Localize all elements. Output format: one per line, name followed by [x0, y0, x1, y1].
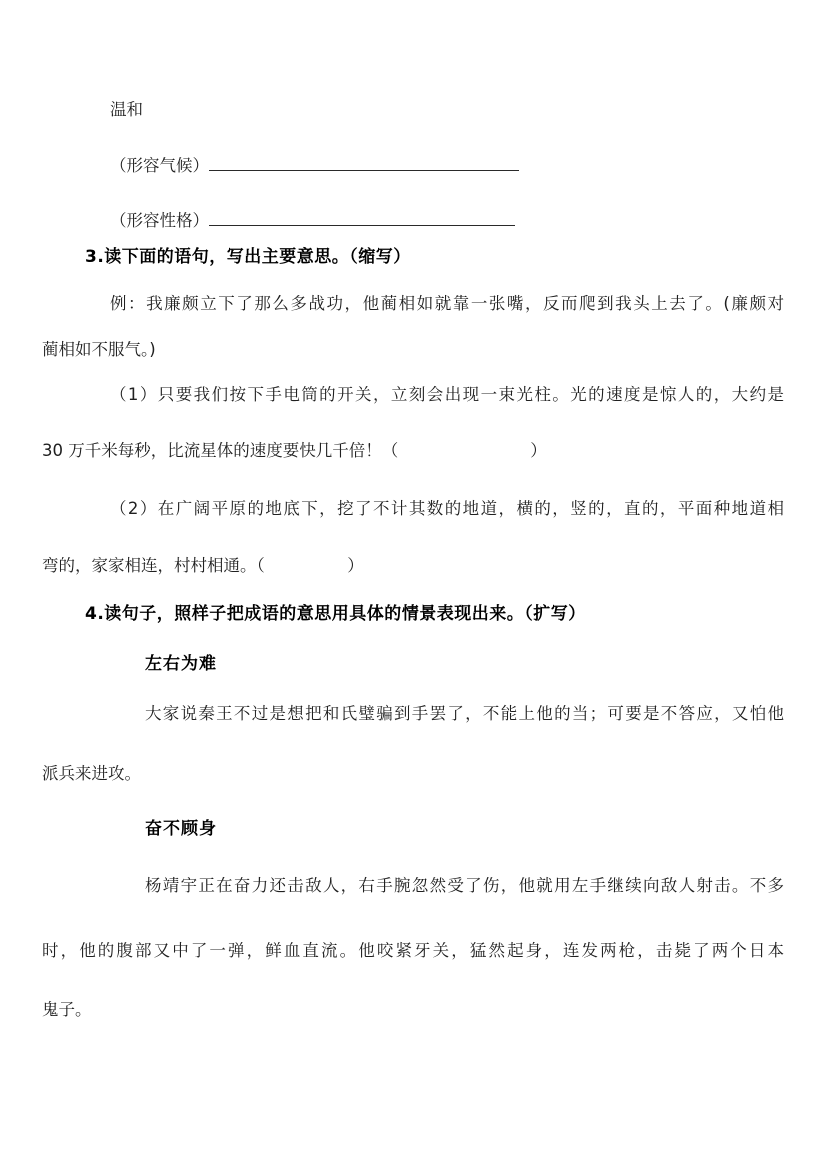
idiom1-line2: 派兵来进攻。	[42, 763, 141, 785]
idiom1-line1: 大家说秦王不过是想把和氏璧骗到手罢了，不能上他的当；可要是不答应，又怕他	[145, 703, 784, 725]
idiom2-line2: 时，他的腹部又中了一弹，鲜血直流。他咬紧牙关，猛然起身，连发两枪，击毙了两个日本	[42, 940, 784, 962]
q3-example-line2: 蔺相如不服气。)	[42, 339, 156, 361]
q3-item2-line1: （2）在广阔平原的地底下，挖了不计其数的地道，横的，竖的，直的，平面种地道相	[110, 498, 784, 520]
question3-heading: 3.读下面的语句，写出主要意思。（缩写）	[85, 246, 411, 268]
blank-line-personality: （形容性格）	[110, 208, 515, 232]
q3-item1-line1: （1）只要我们按下手电筒的开关，立刻会出现一束光柱。光的速度是惊人的，大约是	[110, 384, 784, 406]
personality-answer-blank	[209, 208, 515, 226]
worksheet-page: 温和 （形容气候） （形容性格） 3.读下面的语句，写出主要意思。（缩写） 例：…	[0, 0, 826, 1169]
blank-label-climate: （形容气候）	[110, 155, 209, 177]
blank-line-climate: （形容气候）	[110, 153, 519, 177]
idiom1-title: 左右为难	[145, 653, 217, 675]
q3-item2-line2: 弯的，家家相连，村村相通。（ ）	[42, 555, 364, 577]
question4-heading: 4.读句子，照样子把成语的意思用具体的情景表现出来。（扩写）	[85, 603, 586, 625]
idiom2-line1: 杨靖宇正在奋力还击敌人，右手腕忽然受了伤，他就用左手继续向敌人射击。不多	[145, 875, 784, 897]
climate-answer-blank	[209, 153, 519, 171]
idiom2-line3: 鬼子。	[42, 999, 92, 1021]
blank-label-personality: （形容性格）	[110, 210, 209, 232]
vocab-word: 温和	[110, 99, 143, 121]
q3-item1-line2: 30 万千米每秒，比流星体的速度要快几千倍！（ ）	[42, 440, 547, 462]
q3-example-line1: 例：我廉颇立下了那么多战功，他蔺相如就靠一张嘴，反而爬到我头上去了。(廉颇对	[110, 293, 784, 315]
idiom2-title: 奋不顾身	[145, 818, 217, 840]
